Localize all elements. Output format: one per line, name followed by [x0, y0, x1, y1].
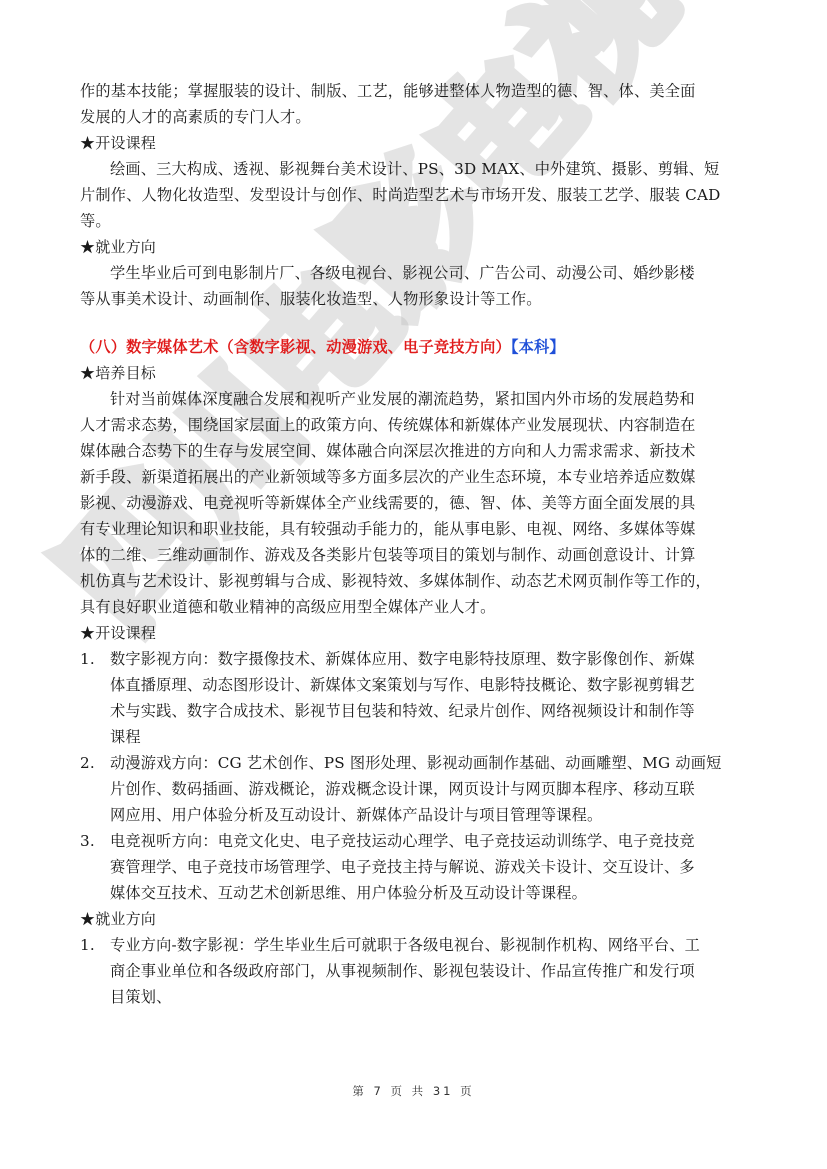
text-line: 体直播原理、动态图形设计、新媒体文案策划与写作、电影特技概论、数字影视剪辑艺	[110, 672, 748, 698]
text-line: 机仿真与艺术设计、影视剪辑与合成、影视特效、多媒体制作、动态艺术网页制作等工作的…	[80, 568, 748, 594]
text-line: 片创作、数码插画、游戏概论，游戏概念设计课，网页设计与网页脚本程序、移动互联	[110, 776, 748, 802]
text-line: 媒体交互技术、互动艺术创新思维、用户体验分析及互动设计等课程。	[110, 880, 748, 906]
courses-title: ★开设课程	[80, 130, 748, 156]
page-content: 作的基本技能；掌握服装的设计、制版、工艺，能够进整体人物造型的德、智、体、美全面…	[80, 78, 748, 1010]
document-page: 四川电影电视学院 作的基本技能；掌握服装的设计、制版、工艺，能够进整体人物造型的…	[0, 0, 827, 1169]
text-line: 课程	[110, 724, 748, 750]
text-line: 商企事业单位和各级政府部门，从事视频制作、影视包装设计、作品宣传推广和发行项	[110, 958, 748, 984]
text-line: 发展的人才的高素质的专门人才。	[80, 104, 748, 130]
jobs-title: ★就业方向	[80, 234, 748, 260]
courses-paragraph: 绘画、三大构成、透视、影视舞台美术设计、PS、3D MAX、中外建筑、摄影、剪辑…	[80, 156, 748, 234]
list-item: 2. 动漫游戏方向：CG 艺术创作、PS 图形处理、影视动画制作基础、动画雕塑、…	[80, 750, 748, 828]
text-line: 片制作、人物化妆造型、发型设计与创作、时尚造型艺术与市场开发、服装工艺学、服装 …	[80, 182, 748, 208]
text-line: 针对当前媒体深度融合发展和视听产业发展的潮流趋势，紧扣国内外市场的发展趋势和	[80, 386, 748, 412]
text-line: 赛管理学、电子竞技市场管理学、电子竞技主持与解说、游戏关卡设计、交互设计、多	[110, 854, 748, 880]
text-line: 动漫游戏方向：CG 艺术创作、PS 图形处理、影视动画制作基础、动画雕塑、MG …	[110, 750, 748, 776]
text-line: 目策划、	[110, 984, 748, 1010]
text-line: 等。	[80, 208, 748, 234]
list-number: 3.	[80, 828, 110, 854]
text-line: 电竞视听方向：电竞文化史、电子竞技运动心理学、电子竞技运动训练学、电子竞技竞	[110, 828, 748, 854]
text-line: 有专业理论知识和职业技能，具有较强动手能力的，能从事电影、电视、网络、多媒体等媒	[80, 516, 748, 542]
text-line: 作的基本技能；掌握服装的设计、制版、工艺，能够进整体人物造型的德、智、体、美全面	[80, 78, 748, 104]
text-line: 术与实践、数字合成技术、影视节目包装和特效、纪录片创作、网络视频设计和制作等	[110, 698, 748, 724]
text-line: 影视、动漫游戏、电竞视听等新媒体全产业线需要的，德、智、体、美等方面全面发展的具	[80, 490, 748, 516]
degree-tag: 【本科】	[511, 338, 565, 356]
courses-title: ★开设课程	[80, 620, 748, 646]
list-number: 1.	[80, 932, 110, 958]
text-line: 数字影视方向：数字摄像技术、新媒体应用、数字电影特技原理、数字影像创作、新媒	[110, 646, 748, 672]
jobs-paragraph: 学生毕业后可到电影制片厂、各级电视台、影视公司、广告公司、动漫公司、婚纱影楼 等…	[80, 260, 748, 312]
list-item: 1. 数字影视方向：数字摄像技术、新媒体应用、数字电影特技原理、数字影像创作、新…	[80, 646, 748, 750]
text-line: 网应用、用户体验分析及互动设计、新媒体产品设计与项目管理等课程。	[110, 802, 748, 828]
jobs-title: ★就业方向	[80, 906, 748, 932]
text-line: 新手段、新渠道拓展出的产业新领域等多方面多层次的产业生态环境，本专业培养适应数媒	[80, 464, 748, 490]
section-heading-title: （八）数字媒体艺术（含数字影视、动漫游戏、电子竞技方向）	[80, 338, 511, 356]
text-line: 等从事美术设计、动画制作、服装化妆造型、人物形象设计等工作。	[80, 286, 748, 312]
text-line: 媒体融合态势下的生存与发展空间、媒体融合向深层次推进的方向和人力需求需求、新技术	[80, 438, 748, 464]
jobs-list: 1. 专业方向-数字影视：学生毕业生后可就职于各级电视台、影视制作机构、网络平台…	[80, 932, 748, 1010]
text-line: 绘画、三大构成、透视、影视舞台美术设计、PS、3D MAX、中外建筑、摄影、剪辑…	[80, 156, 748, 182]
text-line: 体的二维、三维动画制作、游戏及各类影片包装等项目的策划与制作、动画创意设计、计算	[80, 542, 748, 568]
intro-paragraph: 作的基本技能；掌握服装的设计、制版、工艺，能够进整体人物造型的德、智、体、美全面…	[80, 78, 748, 130]
text-line: 人才需求态势，围绕国家层面上的政策方向、传统媒体和新媒体产业发展现状、内容制造在	[80, 412, 748, 438]
list-item: 3. 电竞视听方向：电竞文化史、电子竞技运动心理学、电子竞技运动训练学、电子竞技…	[80, 828, 748, 906]
list-item: 1. 专业方向-数字影视：学生毕业生后可就职于各级电视台、影视制作机构、网络平台…	[80, 932, 748, 1010]
courses-list: 1. 数字影视方向：数字摄像技术、新媒体应用、数字电影特技原理、数字影像创作、新…	[80, 646, 748, 906]
list-number: 1.	[80, 646, 110, 672]
text-line: 专业方向-数字影视：学生毕业生后可就职于各级电视台、影视制作机构、网络平台、工	[110, 932, 748, 958]
list-number: 2.	[80, 750, 110, 776]
goal-title: ★培养目标	[80, 360, 748, 386]
text-line: 具有良好职业道德和敬业精神的高级应用型全媒体产业人才。	[80, 594, 748, 620]
page-number-footer: 第 7 页 共 31 页	[0, 1083, 827, 1099]
text-line: 学生毕业后可到电影制片厂、各级电视台、影视公司、广告公司、动漫公司、婚纱影楼	[80, 260, 748, 286]
goal-paragraph: 针对当前媒体深度融合发展和视听产业发展的潮流趋势，紧扣国内外市场的发展趋势和 人…	[80, 386, 748, 620]
section-heading: （八）数字媒体艺术（含数字影视、动漫游戏、电子竞技方向）【本科】	[80, 334, 748, 360]
